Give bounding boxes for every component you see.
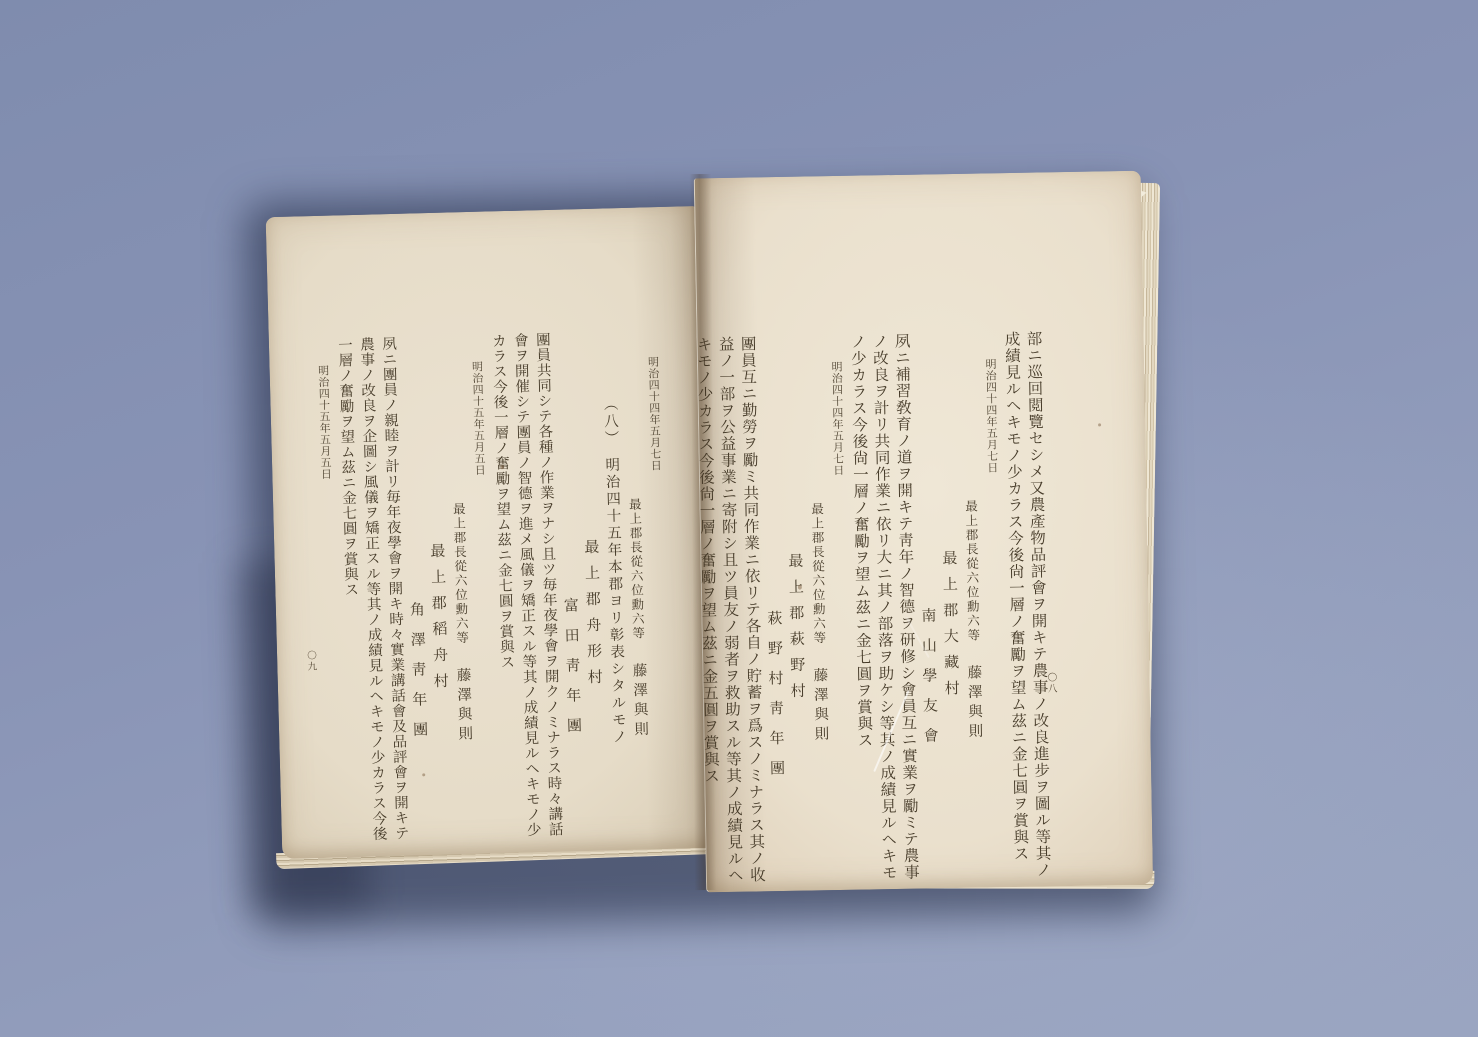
foxing-speck: [422, 773, 425, 776]
official-name: 藤澤與則: [630, 662, 648, 740]
right-page-number: 〇八: [1043, 672, 1057, 694]
left-page: 明治四十四年五月七日 最上郡長從六位勳六等藤澤與則 （八） 明治四十五年本郡ヨリ…: [266, 206, 713, 859]
left-page-text: 明治四十四年五月七日 最上郡長從六位勳六等藤澤與則 （八） 明治四十五年本郡ヨリ…: [309, 329, 676, 858]
official-title: 最上郡長從六位勳六等: [963, 500, 980, 643]
right-page-text: 部ニ巡回閲覽セシメ又農產物品評會ヲ開キテ農事ノ改良進步ヲ圖ル等其ノ 成績見ルヘキ…: [694, 330, 1055, 892]
foxing-speck: [798, 585, 802, 590]
foxing-speck: [1098, 423, 1101, 426]
official-title: 最上郡長從六位勳六等: [451, 502, 470, 645]
official-name: 藤澤與則: [811, 667, 828, 745]
open-book: 明治四十四年五月七日 最上郡長從六位勳六等藤澤與則 （八） 明治四十五年本郡ヨリ…: [265, 165, 1156, 919]
official-name: 藤澤與則: [454, 667, 472, 745]
right-page: 部ニ巡回閲覽セシメ又農產物品評會ヲ開キテ農事ノ改良進步ヲ圖ル等其ノ 成績見ルヘキ…: [694, 171, 1153, 893]
foxing-speck: [500, 465, 504, 469]
photo-background: 明治四十四年五月七日 最上郡長從六位勳六等藤澤與則 （八） 明治四十五年本郡ヨリ…: [0, 0, 1478, 1037]
official-name: 藤澤與則: [965, 665, 982, 743]
official-title: 最上郡長從六位勳六等: [809, 502, 826, 645]
left-page-number: 〇九: [303, 650, 318, 672]
official-title: 最上郡長從六位勳六等: [627, 498, 646, 641]
